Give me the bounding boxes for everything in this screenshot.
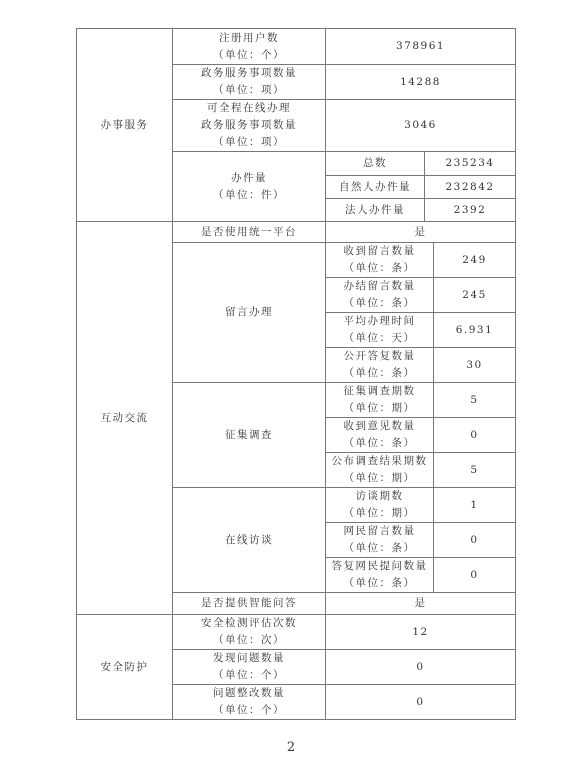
value-cell: 249 (434, 243, 516, 278)
value-cell: 30 (434, 348, 516, 383)
row-label: 政务服务事项数量 （单位：项） (173, 65, 326, 100)
value-cell: 1 (434, 488, 516, 523)
value-cell: 0 (326, 650, 516, 685)
value-cell: 0 (434, 558, 516, 593)
sub-label: 收到意见数量 （单位：条） (326, 418, 434, 453)
category-security: 安全防护 (77, 615, 173, 720)
sub-label: 自然人办件量 (326, 176, 425, 199)
value-cell: 6.931 (434, 313, 516, 348)
value-cell: 0 (326, 685, 516, 720)
table-row: 安全防护 安全检测评估次数 （单位：次） 12 (77, 615, 516, 650)
value-cell: 12 (326, 615, 516, 650)
value-cell: 5 (434, 453, 516, 488)
sub-label: 答复网民提问数量 （单位：条） (326, 558, 434, 593)
value-cell: 14288 (326, 65, 516, 100)
sub-label: 总数 (326, 152, 425, 176)
document-page: 办事服务 注册用户数 （单位：个） 378961 政务服务事项数量 （单位：项）… (0, 0, 582, 775)
row-label: 是否提供智能问答 (173, 593, 326, 615)
row-label: 安全检测评估次数 （单位：次） (173, 615, 326, 650)
category-office-service: 办事服务 (77, 29, 173, 222)
sub-label: 公开答复数量 （单位：条） (326, 348, 434, 383)
value-cell: 3046 (326, 100, 516, 152)
group-label-messages: 留言办理 (173, 243, 326, 383)
value-cell: 是 (326, 593, 516, 615)
group-label-interview: 在线访谈 (173, 488, 326, 593)
table-row: 办事服务 注册用户数 （单位：个） 378961 (77, 29, 516, 65)
value-cell: 2392 (425, 199, 516, 222)
row-label-cases: 办件量 （单位：件） (173, 152, 326, 222)
sub-label: 公布调查结果期数 （单位：期） (326, 453, 434, 488)
value-cell: 378961 (326, 29, 516, 65)
sub-label: 访谈期数 （单位：期） (326, 488, 434, 523)
page-number: 2 (0, 740, 582, 755)
sub-label: 平均办理时间 （单位：天） (326, 313, 434, 348)
sub-label: 征集调查期数 （单位：期） (326, 383, 434, 418)
sub-label: 网民留言数量 （单位：条） (326, 523, 434, 558)
table-row: 互动交流 是否使用统一平台 是 (77, 222, 516, 243)
value-cell: 5 (434, 383, 516, 418)
value-cell: 0 (434, 418, 516, 453)
value-cell: 235234 (425, 152, 516, 176)
sub-label: 办结留言数量 （单位：条） (326, 278, 434, 313)
statistics-table: 办事服务 注册用户数 （单位：个） 378961 政务服务事项数量 （单位：项）… (76, 28, 516, 720)
sub-label: 收到留言数量 （单位：条） (326, 243, 434, 278)
row-label: 是否使用统一平台 (173, 222, 326, 243)
value-cell: 是 (326, 222, 516, 243)
row-label: 注册用户数 （单位：个） (173, 29, 326, 65)
sub-label: 法人办件量 (326, 199, 425, 222)
value-cell: 245 (434, 278, 516, 313)
category-interaction: 互动交流 (77, 222, 173, 615)
row-label: 可全程在线办理 政务服务事项数量 （单位：项） (173, 100, 326, 152)
row-label: 问题整改数量 （单位：个） (173, 685, 326, 720)
value-cell: 232842 (425, 176, 516, 199)
row-label: 发现问题数量 （单位：个） (173, 650, 326, 685)
group-label-survey: 征集调查 (173, 383, 326, 488)
value-cell: 0 (434, 523, 516, 558)
